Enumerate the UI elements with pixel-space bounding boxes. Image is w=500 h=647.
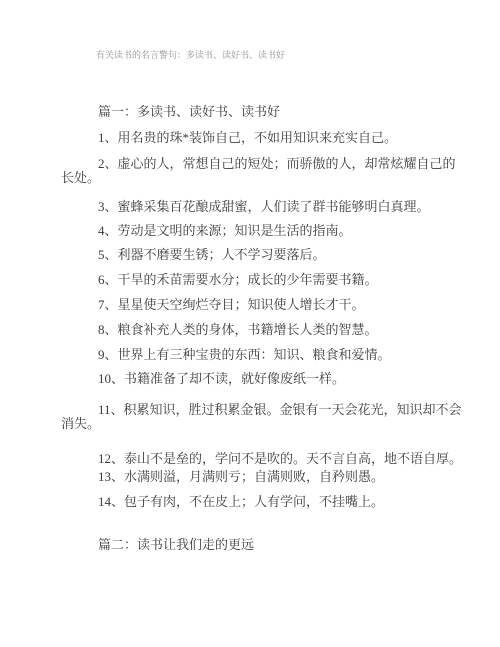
quote-item-8: 8、粮食补充人类的身体，书籍增长人类的智慧。 (61, 323, 471, 337)
section-2-heading: 篇二：读书让我们走的更远 (61, 538, 471, 552)
quote-item-6: 6、干旱的禾苗需要水分；成长的少年需要书籍。 (61, 273, 471, 287)
quote-item-7: 7、星星使天空绚烂夺目；知识使人增长才干。 (61, 298, 471, 312)
document-page: 有关读书的名言警句：多读书、读好书、读书好 篇一：多读书、读好书、读书好 1、用… (0, 0, 500, 647)
quote-item-12: 12、泰山不是垒的，学问不是吹的。天不言自高，地不语自厚。 (61, 452, 471, 466)
quote-item-2: 2、虚心的人，常想自己的短处；而骄傲的人，却常炫耀自己的 长处。 (61, 157, 471, 185)
quote-item-13: 13、水满则溢，月满则亏；自满则败，自矜则愚。 (61, 470, 471, 484)
quote-item-3: 3、蜜蜂采集百花酿成甜蜜，人们读了群书能够明白真理。 (61, 200, 471, 214)
quote-item-9: 9、世界上有三种宝贵的东西：知识、粮食和爱情。 (61, 348, 471, 362)
document-body: 篇一：多读书、读好书、读书好 1、用名贵的珠*装饰自己，不如用知识来充实自己。 … (61, 105, 471, 552)
quote-item-5: 5、利器不磨要生锈；人不学习要落后。 (61, 248, 471, 262)
quote-item-14: 14、包子有肉，不在皮上；人有学问，不挂嘴上。 (61, 495, 471, 509)
quote-item-11: 11、积累知识，胜过积累金银。金银有一天会花光，知识却不会 消失。 (61, 403, 471, 431)
quote-item-1: 1、用名贵的珠*装饰自己，不如用知识来充实自己。 (61, 131, 471, 145)
section-1-heading: 篇一：多读书、读好书、读书好 (61, 105, 471, 119)
quote-item-4: 4、劳动是文明的来源；知识是生活的指南。 (61, 224, 471, 238)
quote-item-10: 10、书籍准备了却不读，就好像废纸一样。 (61, 372, 471, 386)
document-caption: 有关读书的名言警句：多读书、读好书、读书好 (96, 50, 285, 61)
